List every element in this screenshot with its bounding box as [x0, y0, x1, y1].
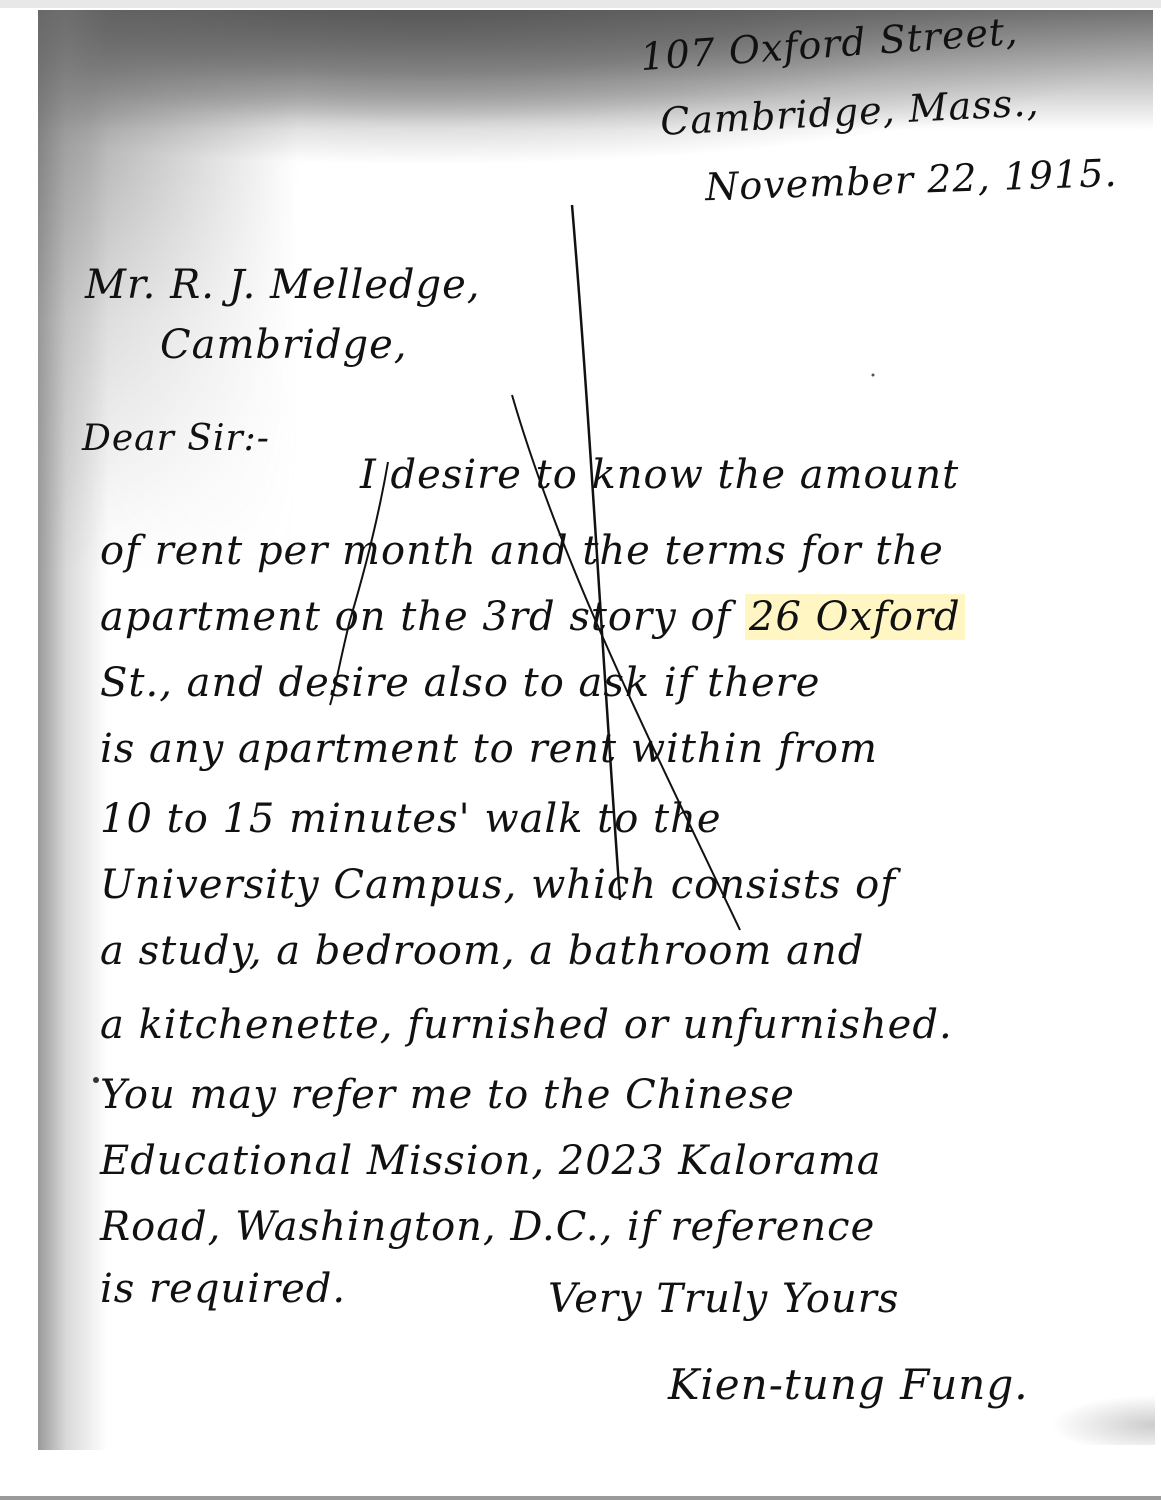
signature: Kien-tung Fung. [668, 1360, 1029, 1409]
body-line: St., and desire also to ask if there [100, 660, 820, 706]
body-line: University Campus, which consists of [100, 862, 896, 908]
body-line: a study, a bedroom, a bathroom and [100, 928, 864, 974]
scanned-letter-page: 107 Oxford Street, Cambridge, Mass., Nov… [0, 0, 1161, 1500]
highlighted-address: 26 Oxford [745, 594, 965, 640]
salutation: Dear Sir:- [82, 418, 270, 459]
body-line: I desire to know the amount [360, 452, 959, 498]
body-line: 10 to 15 minutes' walk to the [100, 796, 722, 842]
body-line: You may refer me to the Chinese [100, 1072, 795, 1118]
body-line: Road, Washington, D.C., if reference [100, 1204, 875, 1250]
toner-shading-bottom-right [1050, 1395, 1155, 1445]
body-line-text: apartment on the 3rd story of [100, 594, 731, 640]
scan-edge [0, 1496, 1161, 1500]
recipient-name: Mr. R. J. Melledge, [85, 262, 481, 308]
body-line: is required. [100, 1266, 346, 1312]
scan-edge [0, 0, 1161, 8]
body-line: of rent per month and the terms for the [100, 528, 944, 574]
body-line: apartment on the 3rd story of 26 Oxford [100, 594, 965, 640]
body-line: Educational Mission, 2023 Kalorama [100, 1138, 882, 1184]
closing: Very Truly Yours [548, 1276, 899, 1322]
recipient-city: Cambridge, [160, 322, 408, 368]
body-line: a kitchenette, furnished or unfurnished. [100, 1002, 953, 1048]
body-line: is any apartment to rent within from [100, 726, 878, 772]
